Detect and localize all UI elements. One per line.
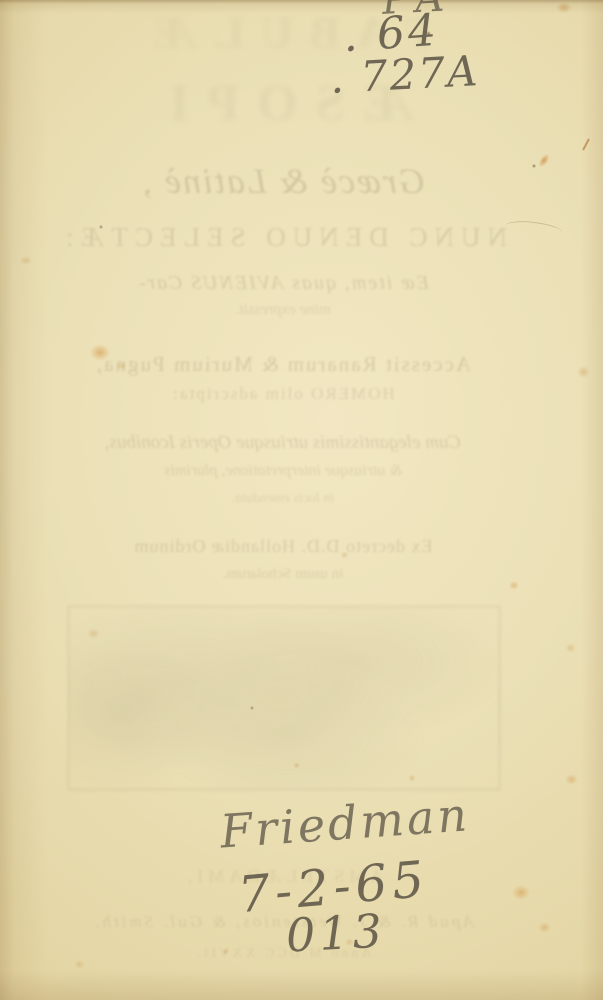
foxing-spot — [90, 344, 110, 361]
foxing-spot — [536, 152, 551, 169]
bleedthrough-line: HOMERO olim adscripta: — [0, 384, 566, 404]
bleedthrough-line: ÆSOPI — [0, 74, 566, 133]
foxing-spot — [565, 774, 578, 785]
call-number-partial: PA — [381, 0, 455, 24]
scratch-mark — [504, 219, 563, 241]
bleedthrough-line: in locis emendata. — [0, 491, 566, 507]
bleedthrough-imprint-line: Anno M DCC XXVII. — [0, 946, 566, 962]
foxing-spot — [345, 938, 354, 946]
foxing-spot — [87, 628, 100, 639]
foxing-spot — [509, 581, 519, 590]
accession-number: 013 — [285, 903, 388, 962]
foxing-spot — [116, 362, 127, 370]
bleedthrough-line: in usum Scholarum. — [0, 566, 566, 583]
bleedthrough-line: & utriusque interpretatione, plurimis — [0, 462, 566, 480]
owner-signature: Friedman — [218, 787, 471, 858]
bleedthrough-line: mine expressit. — [0, 301, 566, 319]
foxing-spot — [556, 2, 572, 13]
foxing-spot — [538, 922, 551, 933]
foxing-spot — [512, 885, 530, 900]
bleedthrough-line: NUNC DENUO SELECTÆ: — [0, 222, 566, 253]
call-number-line-1: . 64 — [341, 5, 440, 63]
foxing-spot — [408, 774, 416, 782]
foxing-spot — [74, 960, 85, 969]
foxing-spot — [565, 643, 576, 653]
bleedthrough-line: Ex decreto D.D. Hollandiæ Ordinum — [0, 536, 566, 557]
bleedthrough-line: FABULÆ — [0, 6, 566, 59]
foxing-spot — [532, 164, 536, 168]
foxing-spot — [20, 256, 32, 265]
bleedthrough-vignette-engraving — [68, 606, 500, 790]
date-annotation: 7-2-65 — [236, 850, 431, 924]
scratch-mark — [582, 138, 590, 150]
call-number-line-2: . 727A — [329, 46, 481, 103]
bleedthrough-line: Cum elegantissimis utriusque Operis Icon… — [0, 432, 566, 454]
bleedthrough-imprint-line: Apud R. & J. Wetstenios, & Gul. Smith. — [0, 912, 566, 932]
foxing-spot — [250, 706, 254, 710]
foxing-spot — [293, 762, 300, 769]
bleedthrough-line: Eæ item, quas AVIENUS Car- — [0, 272, 566, 295]
bleedthrough-line: Accessit Ranarum & Murium Pugna, — [0, 352, 566, 377]
bleedthrough-imprint-line: AMSTELÆDAMI, — [0, 866, 566, 887]
foxing-spot — [340, 551, 349, 559]
bleedthrough-line: Græcè & Latinè , — [0, 160, 566, 202]
foxing-spot — [426, 31, 431, 36]
scanned-book-page: FABULÆ ÆSOPI Græcè & Latinè , NUNC DENUO… — [0, 0, 603, 1000]
foxing-spot — [577, 366, 590, 378]
foxing-spot — [222, 948, 229, 955]
foxing-spot — [99, 225, 103, 229]
